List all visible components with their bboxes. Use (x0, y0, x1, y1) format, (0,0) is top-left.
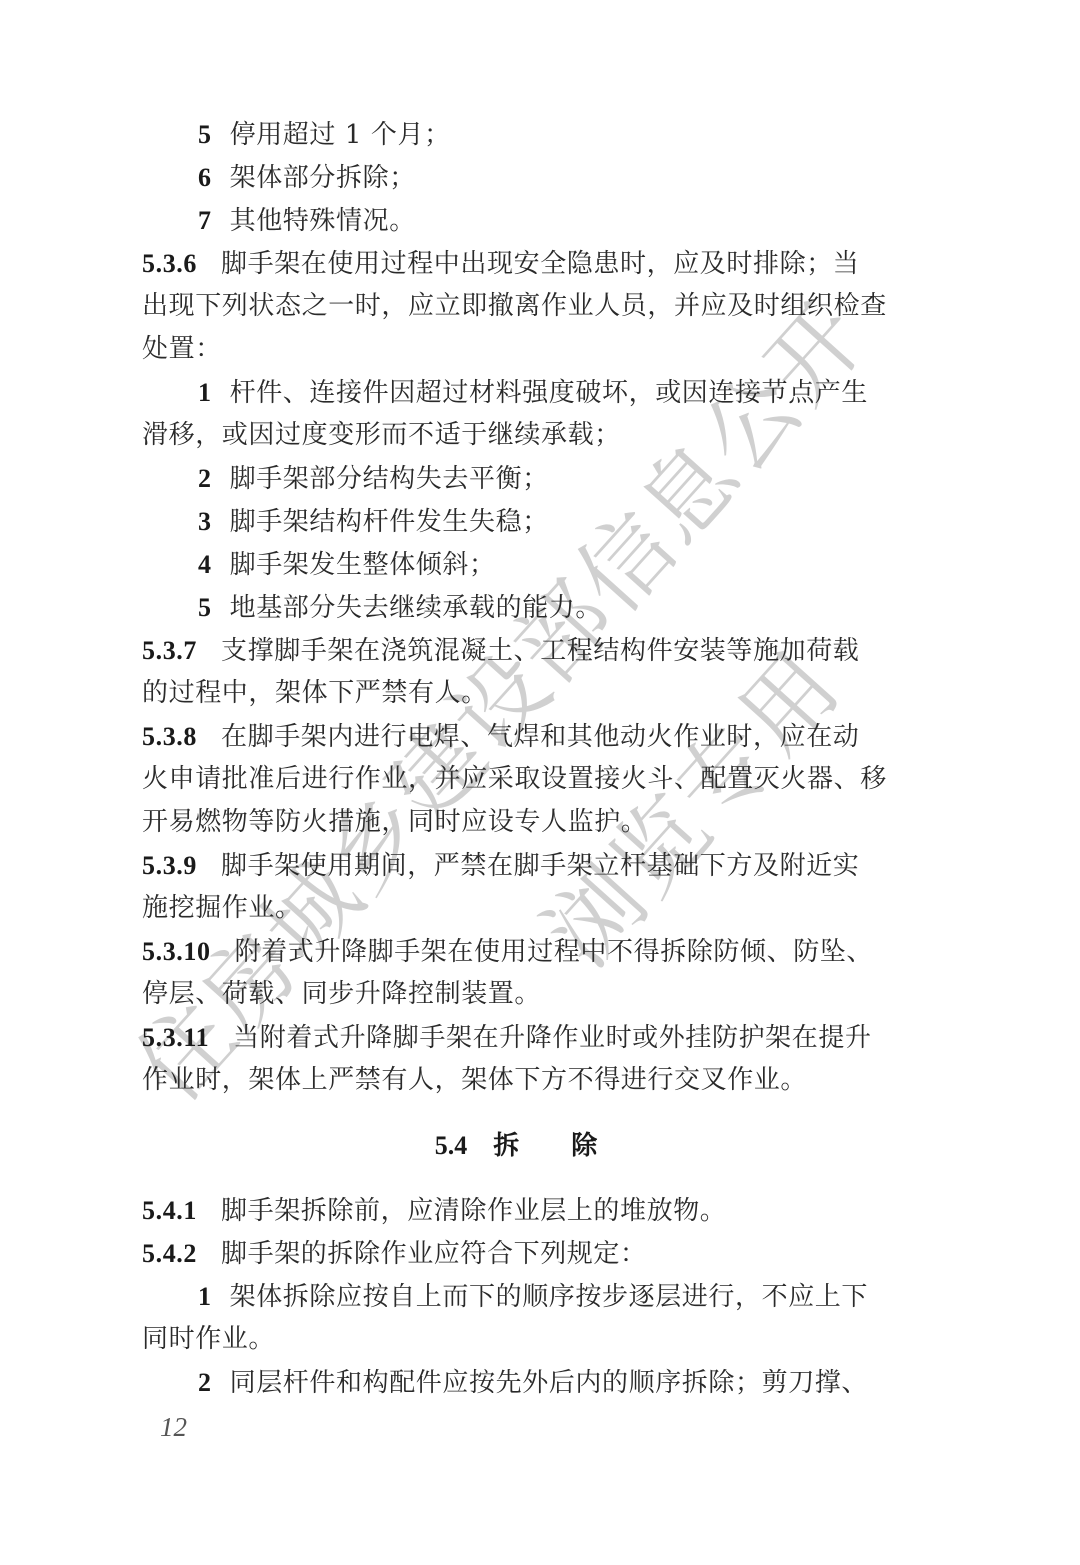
item-text: 架体拆除应按自上而下的顺序按步逐层进行，不应上下 (230, 1282, 868, 1312)
clause-text: 脚手架的拆除作业应符合下列规定： (221, 1239, 647, 1269)
clause-number: 5.3.9 (142, 851, 197, 880)
clause-5-3-6: 5.3.6脚手架在使用过程中出现安全隐患时，应及时排除；当 (142, 242, 942, 285)
list-item: 1架体拆除应按自上而下的顺序按步逐层进行，不应上下 (142, 1275, 942, 1318)
item-text: 脚手架部分结构失去平衡； (230, 464, 549, 494)
clause-5-3-8: 5.3.8在脚手架内进行电焊、气焊和其他动火作业时，应在动 (142, 715, 942, 758)
item-number: 2 (198, 464, 212, 493)
clause-5-4-2: 5.4.2脚手架的拆除作业应符合下列规定： (142, 1232, 942, 1275)
item-number: 1 (198, 1282, 212, 1311)
clause-text: 脚手架在使用过程中出现安全隐患时，应及时排除；当 (221, 249, 859, 279)
clause-text-line: 处置： (142, 328, 942, 371)
item-text: 架体部分拆除； (230, 163, 416, 193)
item-text: 同层杆件和构配件应按先外后内的顺序拆除；剪刀撑、 (230, 1368, 868, 1398)
section-title: 拆除 (493, 1131, 649, 1161)
clause-text-line: 火申请批准后进行作业，并应采取设置接火斗、配置灭火器、移 (142, 758, 942, 801)
clause-5-4-1: 5.4.1脚手架拆除前，应清除作业层上的堆放物。 (142, 1189, 942, 1232)
clause-number: 5.4.2 (142, 1239, 197, 1268)
list-item: 1杆件、连接件因超过材料强度破坏，或因连接节点产生 (142, 371, 942, 414)
section-heading: 5.4拆除 (142, 1124, 942, 1167)
clause-text-line: 的过程中，架体下严禁有人。 (142, 672, 942, 715)
clause-5-3-11: 5.3.11当附着式升降脚手架在升降作业时或外挂防护架在提升 (142, 1016, 942, 1059)
clause-text-line: 出现下列状态之一时，应立即撤离作业人员，并应及时组织检查 (142, 285, 942, 328)
list-item: 6架体部分拆除； (142, 156, 942, 199)
page-number: 12 (160, 1412, 187, 1443)
clause-5-3-9: 5.3.9脚手架使用期间，严禁在脚手架立杆基础下方及附近实 (142, 844, 942, 887)
clause-number: 5.3.7 (142, 636, 197, 665)
item-text: 脚手架结构杆件发生失稳； (230, 507, 549, 537)
list-item: 3脚手架结构杆件发生失稳； (142, 500, 942, 543)
item-number: 3 (198, 507, 212, 536)
item-number: 6 (198, 163, 212, 192)
item-number: 1 (198, 378, 212, 407)
document-page: 5停用超过 1 个月； 6架体部分拆除； 7其他特殊情况。 5.3.6脚手架在使… (142, 113, 942, 1404)
item-text: 脚手架发生整体倾斜； (230, 550, 496, 580)
clause-number: 5.3.10 (142, 937, 211, 966)
list-item: 2同层杆件和构配件应按先外后内的顺序拆除；剪刀撑、 (142, 1361, 942, 1404)
item-text-continuation: 滑移，或因过度变形而不适于继续承载； (142, 414, 942, 457)
clause-text: 在脚手架内进行电焊、气焊和其他动火作业时，应在动 (221, 722, 859, 752)
item-text-continuation: 同时作业。 (142, 1318, 942, 1361)
clause-text-line: 停层、荷载、同步升降控制装置。 (142, 973, 942, 1016)
clause-text-line: 开易燃物等防火措施，同时应设专人监护。 (142, 801, 942, 844)
clause-number: 5.4.1 (142, 1196, 197, 1225)
clause-text: 脚手架拆除前，应清除作业层上的堆放物。 (221, 1196, 726, 1226)
clause-text: 支撑脚手架在浇筑混凝土、工程结构件安装等施加荷载 (221, 636, 859, 666)
list-item: 5地基部分失去继续承载的能力。 (142, 586, 942, 629)
item-number: 5 (198, 120, 212, 149)
list-item: 7其他特殊情况。 (142, 199, 942, 242)
clause-text: 附着式升降脚手架在使用过程中不得拆除防倾、防坠、 (235, 937, 873, 967)
clause-5-3-10: 5.3.10附着式升降脚手架在使用过程中不得拆除防倾、防坠、 (142, 930, 942, 973)
item-text: 杆件、连接件因超过材料强度破坏，或因连接节点产生 (230, 378, 868, 408)
item-number: 4 (198, 550, 212, 579)
clause-text: 脚手架使用期间，严禁在脚手架立杆基础下方及附近实 (221, 851, 859, 881)
clause-5-3-7: 5.3.7支撑脚手架在浇筑混凝土、工程结构件安装等施加荷载 (142, 629, 942, 672)
list-item: 4脚手架发生整体倾斜； (142, 543, 942, 586)
clause-number: 5.3.8 (142, 722, 197, 751)
item-text: 其他特殊情况。 (230, 206, 416, 236)
clause-text-line: 施挖掘作业。 (142, 887, 942, 930)
clause-text: 当附着式升降脚手架在升降作业时或外挂防护架在提升 (233, 1023, 871, 1053)
clause-text-line: 作业时，架体上严禁有人，架体下方不得进行交叉作业。 (142, 1059, 942, 1102)
item-text: 地基部分失去继续承载的能力。 (230, 593, 602, 623)
clause-number: 5.3.11 (142, 1023, 209, 1052)
clause-number: 5.3.6 (142, 249, 197, 278)
item-number: 2 (198, 1368, 212, 1397)
item-number: 7 (198, 206, 212, 235)
list-item: 2脚手架部分结构失去平衡； (142, 457, 942, 500)
item-text: 停用超过 1 个月； (230, 120, 451, 150)
item-number: 5 (198, 593, 212, 622)
section-number: 5.4 (435, 1131, 468, 1160)
list-item: 5停用超过 1 个月； (142, 113, 942, 156)
